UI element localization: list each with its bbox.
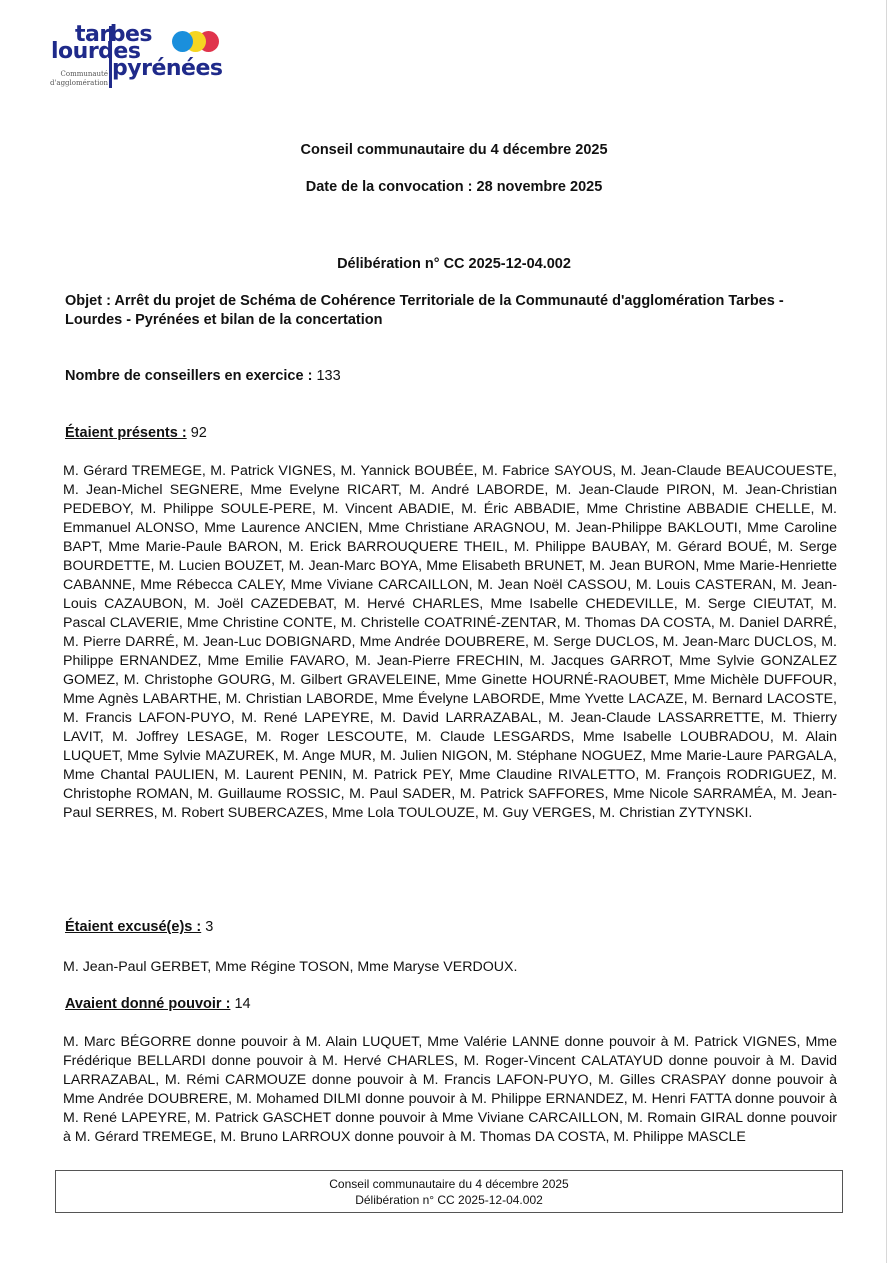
deliberation-number: Délibération n° CC 2025-12-04.002 — [0, 256, 892, 272]
objet: Objet : Arrêt du projet de Schéma de Coh… — [65, 292, 835, 330]
pouvoir-heading: Avaient donné pouvoir : 14 — [65, 996, 251, 1012]
excuses-heading: Étaient excusé(e)s : 3 — [65, 919, 213, 935]
presents-value: 92 — [191, 425, 207, 441]
footer-council: Conseil communautaire du 4 décembre 2025 — [56, 1176, 842, 1192]
convocation-date: Date de la convocation : 28 novembre 202… — [0, 179, 892, 195]
pouvoir-label: Avaient donné pouvoir : — [65, 996, 230, 1012]
pouvoir-list: M. Marc BÉGORRE donne pouvoir à M. Alain… — [63, 1033, 837, 1169]
logo-subtitle: Communauté d'agglomération — [50, 70, 108, 88]
presents-heading: Étaient présents : 92 — [65, 425, 207, 441]
council-title: Conseil communautaire du 4 décembre 2025 — [0, 142, 892, 158]
councillors-count: Nombre de conseillers en exercice : 133 — [65, 368, 341, 384]
councillors-count-value: 133 — [316, 368, 340, 384]
presents-label: Étaient présents : — [65, 425, 187, 441]
councillors-count-label: Nombre de conseillers en exercice : — [65, 368, 312, 384]
excuses-list: M. Jean-Paul GERBET, Mme Régine TOSON, M… — [63, 958, 837, 977]
excuses-label: Étaient excusé(e)s : — [65, 919, 201, 935]
presents-list: M. Gérard TREMEGE, M. Patrick VIGNES, M.… — [63, 462, 837, 823]
logo-subtitle-2: d'agglomération — [50, 79, 108, 88]
page-footer: Conseil communautaire du 4 décembre 2025… — [55, 1170, 843, 1213]
logo: tarbes lourdes pyrénées Communauté d'agg… — [50, 22, 240, 94]
footer-deliberation: Délibération n° CC 2025-12-04.002 — [56, 1192, 842, 1208]
logo-blue-circle-icon — [172, 31, 193, 52]
logo-line-pyrenees: pyrénées — [112, 56, 222, 81]
pouvoir-value: 14 — [234, 996, 250, 1012]
logo-subtitle-1: Communauté — [50, 70, 108, 79]
excuses-value: 3 — [205, 919, 213, 935]
